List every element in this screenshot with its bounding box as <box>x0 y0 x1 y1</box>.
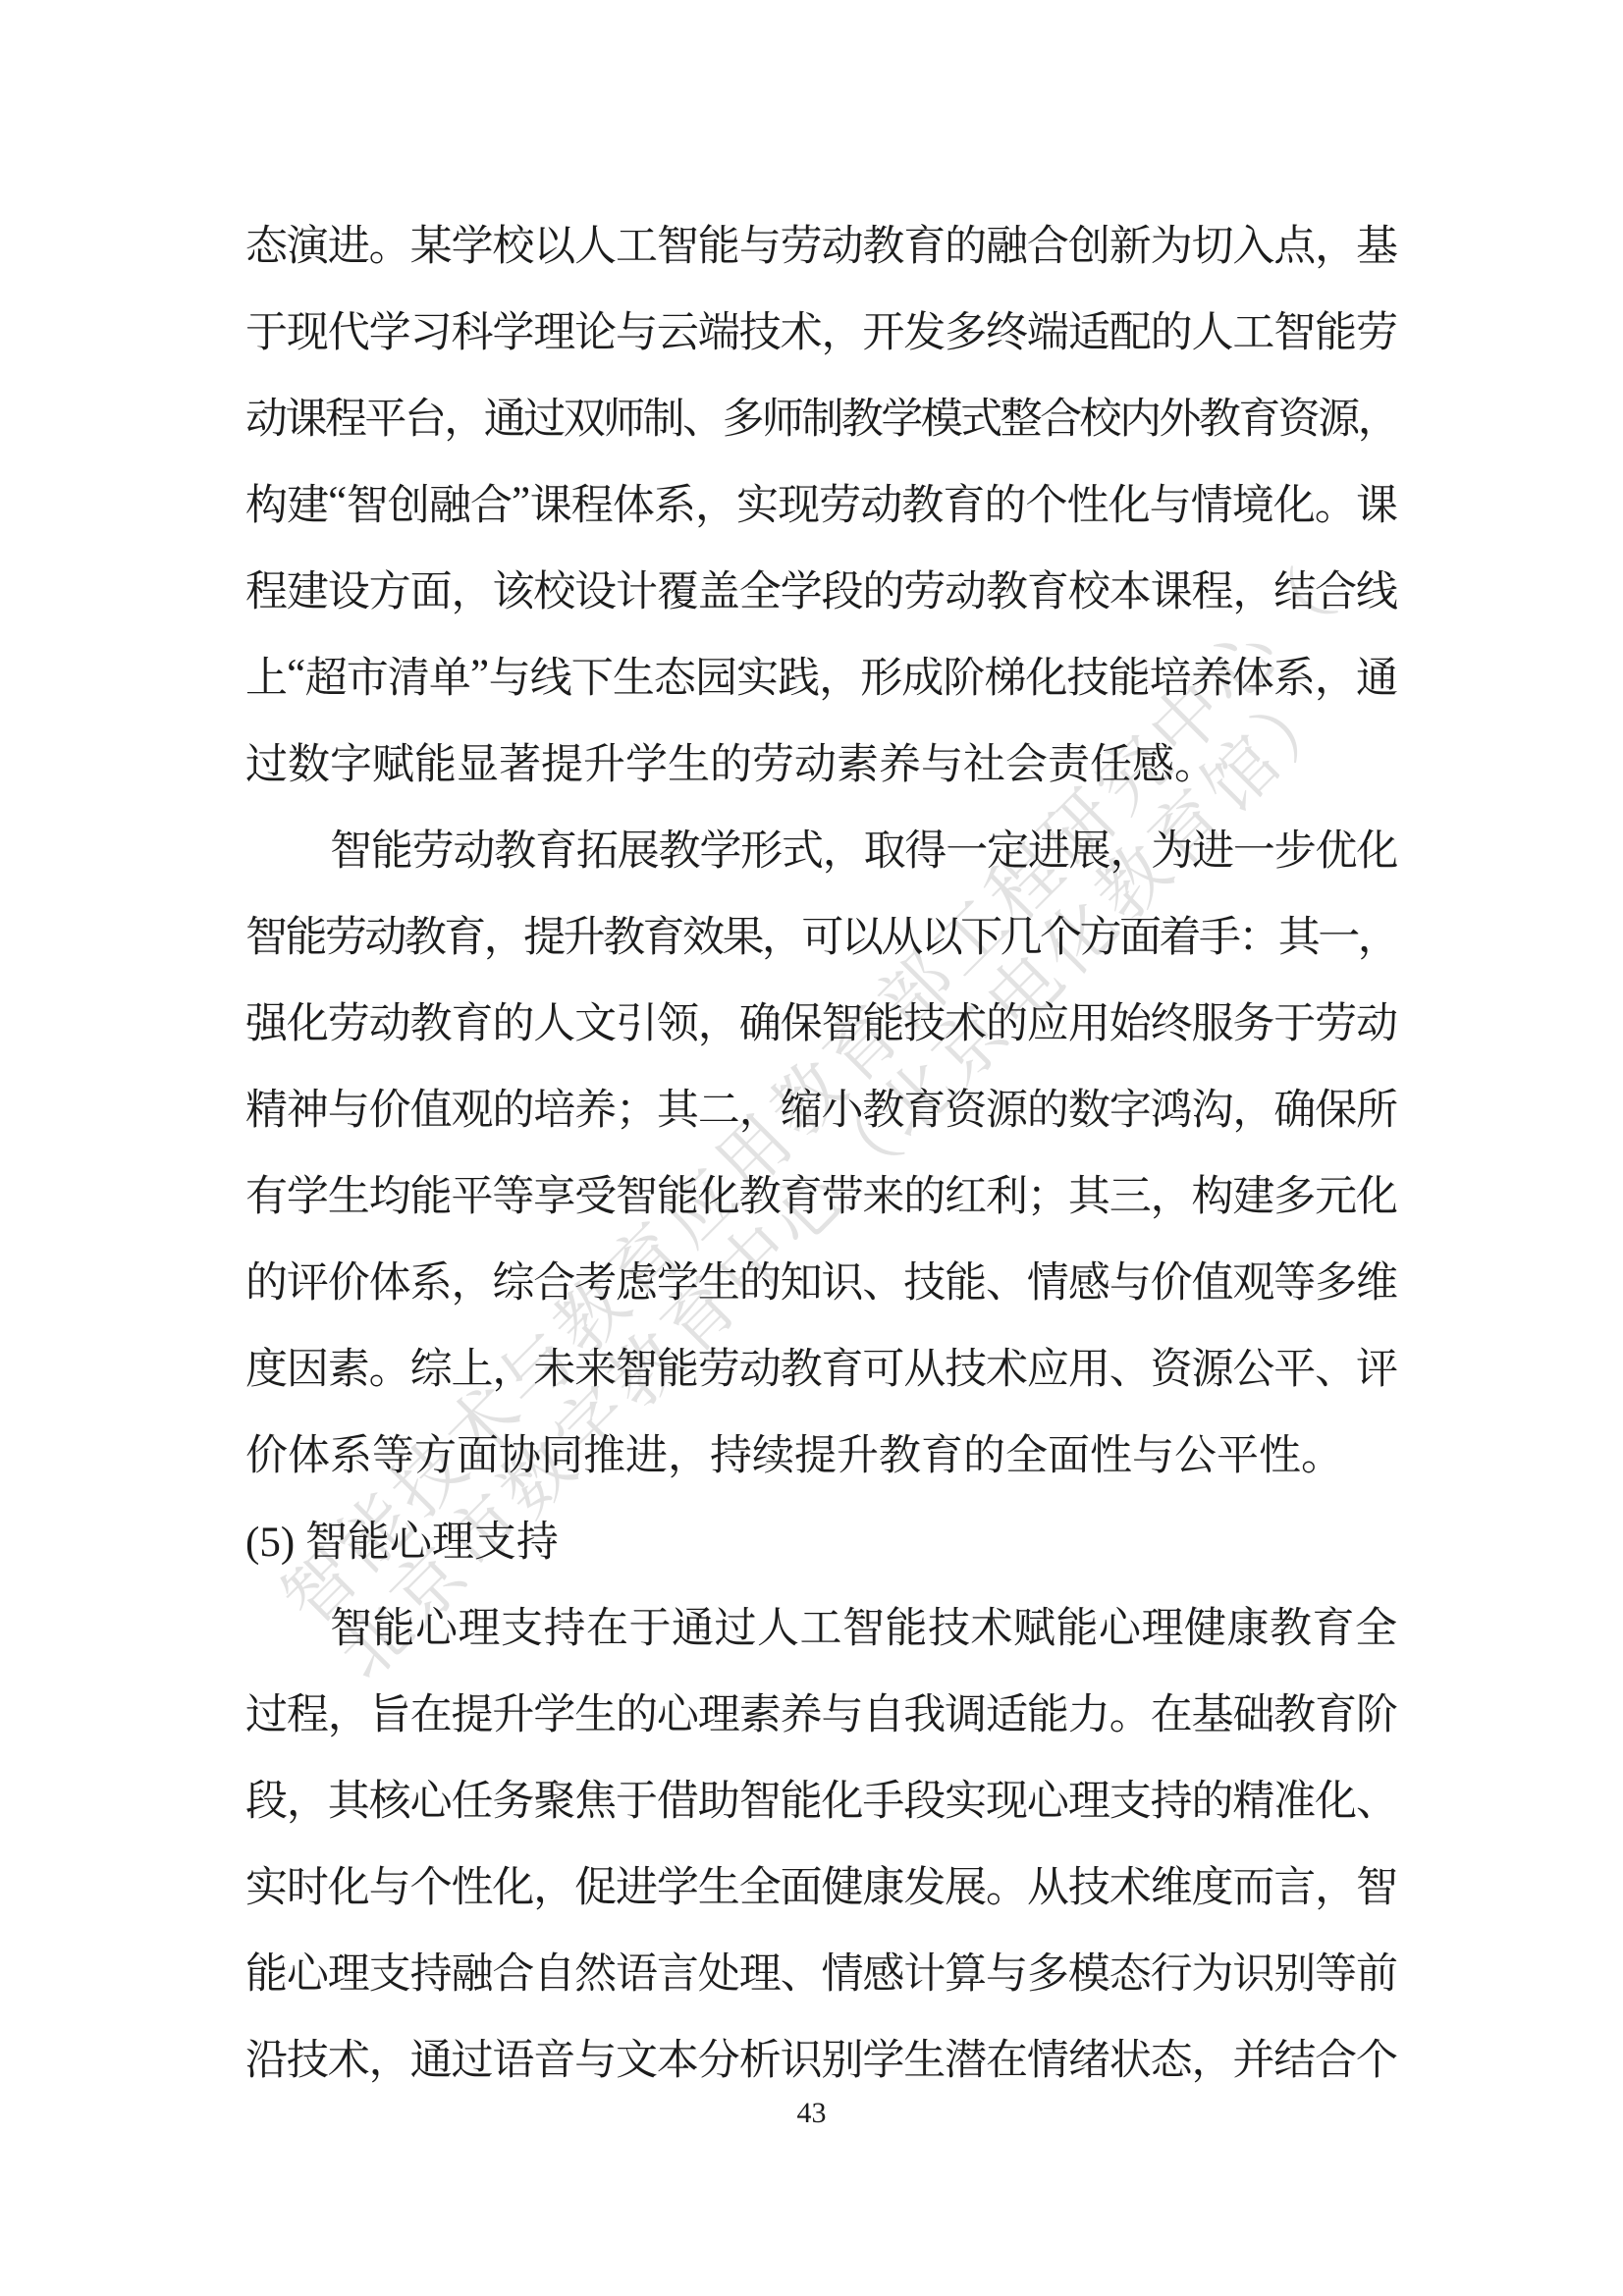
text-line: 动课程平台，通过双师制、多师制教学模式整合校内外教育资源， <box>245 372 1397 458</box>
body-text: 态演进。某学校以人工智能与劳动教育的融合创新为切入点，基于现代学习科学理论与云端… <box>245 199 1397 2100</box>
text-line: 度因素。综上，未来智能劳动教育可从技术应用、资源公平、评 <box>245 1322 1397 1409</box>
text-line: 段，其核心任务聚焦于借助智能化手段实现心理支持的精准化、 <box>245 1754 1397 1841</box>
text-line: 过数字赋能显著提升学生的劳动素养与社会责任感。 <box>245 718 1397 804</box>
text-line: 的评价体系，综合考虑学生的知识、技能、情感与价值观等多维 <box>245 1236 1397 1322</box>
text-line: 强化劳动教育的人文引领，确保智能技术的应用始终服务于劳动 <box>245 977 1397 1063</box>
text-line: 上“超市清单”与线下生态园实践，形成阶梯化技能培养体系，通 <box>245 631 1397 718</box>
document-page: 智能技术与教育应用教育部工程研究中心（ 北京市数字教育中心（北京电化教育馆） 态… <box>0 0 1623 2296</box>
text-line: 有学生均能平等享受智能化教育带来的红利；其三，构建多元化 <box>245 1149 1397 1236</box>
page-number: 43 <box>0 2097 1623 2130</box>
text-line: 过程，旨在提升学生的心理素养与自我调适能力。在基础教育阶 <box>245 1668 1397 1754</box>
text-line: 实时化与个性化，促进学生全面健康发展。从技术维度而言，智 <box>245 1841 1397 1927</box>
text-line: 构建“智创融合”课程体系，实现劳动教育的个性化与情境化。课 <box>245 458 1397 545</box>
text-line: 价体系等方面协同推进，持续提升教育的全面性与公平性。 <box>245 1409 1397 1495</box>
section-heading: (5) 智能心理支持 <box>245 1495 1397 1581</box>
text-line: 于现代学习科学理论与云端技术，开发多终端适配的人工智能劳 <box>245 286 1397 372</box>
text-line: 态演进。某学校以人工智能与劳动教育的融合创新为切入点，基 <box>245 199 1397 286</box>
text-line: 能心理支持融合自然语言处理、情感计算与多模态行为识别等前 <box>245 1927 1397 2013</box>
text-line: 程建设方面，该校设计覆盖全学段的劳动教育校本课程，结合线 <box>245 545 1397 631</box>
text-line: 精神与价值观的培养；其二，缩小教育资源的数字鸿沟，确保所 <box>245 1063 1397 1149</box>
text-line: 智能劳动教育拓展教学形式，取得一定进展，为进一步优化 <box>245 804 1397 890</box>
text-line: 智能劳动教育，提升教育效果，可以从以下几个方面着手：其一， <box>245 890 1397 977</box>
text-line: 智能心理支持在于通过人工智能技术赋能心理健康教育全 <box>245 1581 1397 1668</box>
text-line: 沿技术，通过语音与文本分析识别学生潜在情绪状态，并结合个 <box>245 2013 1397 2100</box>
